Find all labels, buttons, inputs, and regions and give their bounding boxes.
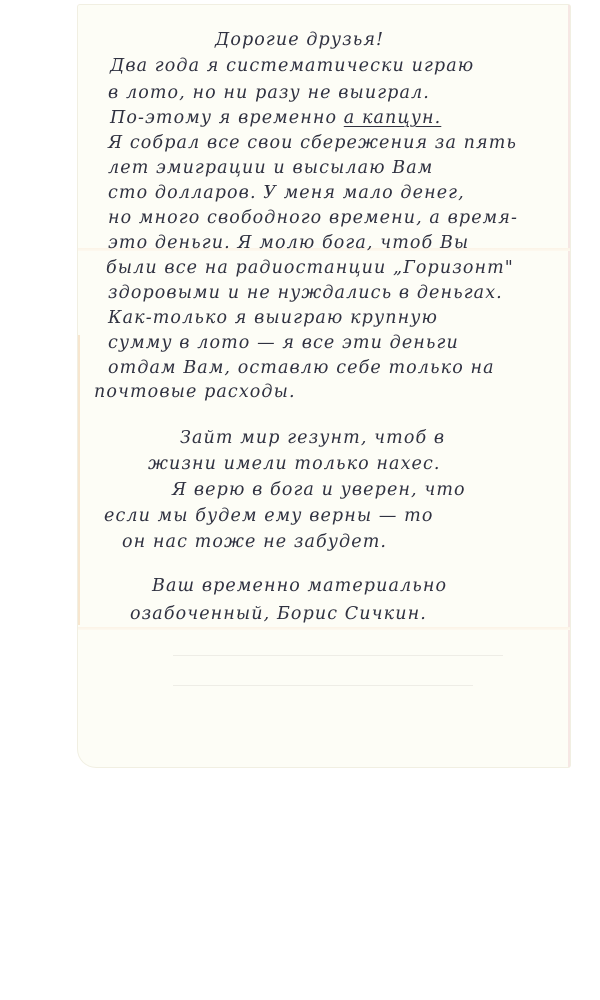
letter-line: сумму в лото — я все эти деньги bbox=[108, 335, 459, 353]
letter-line: лет эмиграции и высылаю Вам bbox=[108, 160, 433, 178]
letter-salutation: Дорогие друзья! bbox=[215, 32, 384, 50]
letter-line: Два года я систематически играю bbox=[110, 58, 474, 76]
letter-line: если мы будем ему верны — то bbox=[104, 508, 433, 526]
letter-line: Как-только я выиграю крупную bbox=[108, 310, 438, 328]
letter-line: жизни имели только нахес. bbox=[148, 456, 441, 474]
letter-line: Зайт мир гезунт, чтоб в bbox=[180, 430, 445, 448]
letter-line: здоровыми и не нуждались в деньгах. bbox=[108, 285, 503, 303]
letter-line: почтовые расходы. bbox=[94, 384, 296, 402]
letter-line: в лото, но ни разу не выиграл. bbox=[108, 85, 430, 103]
letter-line: это деньги. Я молю бога, чтоб Вы bbox=[108, 235, 469, 253]
letter-line: он нас тоже не забудет. bbox=[122, 534, 387, 552]
letter-signature: озабоченный, Борис Сичкин. bbox=[130, 606, 427, 624]
letter-line: сто долларов. У меня мало денег, bbox=[108, 185, 465, 203]
ruled-line bbox=[173, 685, 473, 686]
ruled-line bbox=[173, 655, 503, 656]
letter-line: Я верю в бога и уверен, что bbox=[172, 482, 466, 500]
letter-line: Я собрал все свои сбережения за пять bbox=[108, 135, 517, 153]
letter-line-text: По-этому я временно bbox=[110, 108, 344, 128]
underlined-word: а капцун. bbox=[344, 108, 442, 128]
letter-line: но много свободного времени, а время- bbox=[108, 210, 518, 228]
letter-line: По-этому я временно а капцун. bbox=[110, 110, 441, 128]
paper-fold-line bbox=[78, 627, 570, 630]
letter-line: отдам Вам, оставлю себе только на bbox=[108, 360, 495, 378]
letter-line: были все на радиостанции „Горизонт" bbox=[106, 260, 514, 278]
letter-closing: Ваш временно материально bbox=[152, 578, 447, 596]
